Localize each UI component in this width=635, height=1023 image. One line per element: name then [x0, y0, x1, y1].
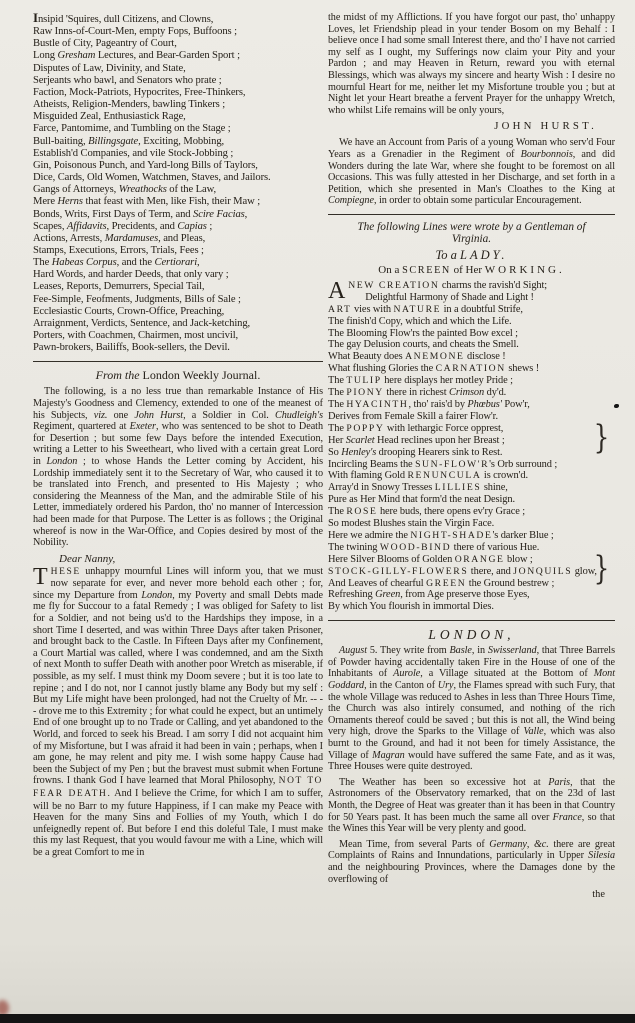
section-divider	[328, 214, 615, 215]
verse-line: Scapes, Affidavits, Precidents, and Capi…	[33, 221, 323, 233]
poem-line: The twining WOOD-BIND there of various H…	[328, 542, 615, 554]
poem-line: The Blooming Flow'rs the painted Bow exc…	[328, 328, 615, 340]
poem-line: Derives from Female Skill a fairer Flow'…	[328, 411, 615, 423]
verse-line: Leases, Reports, Demurrers, Special Tail…	[33, 281, 323, 293]
letter-salutation: Dear Nanny,	[33, 553, 323, 565]
london-news-paragraph: August 5. They write from Basle, in Swis…	[328, 645, 615, 773]
poem-line: STOCK-GILLY-FLOWERS there, and JONQUILS …	[328, 566, 615, 578]
poem-line: What Beauty does ANEMONE disclose !	[328, 351, 615, 363]
london-section-heading: LONDON,	[328, 627, 615, 643]
verse-line: Faction, Mock-Patriots, Hypocrites, Free…	[33, 87, 323, 99]
poem-line: What flushing Glories the CARNATION shew…	[328, 363, 615, 375]
poem-line: The ROSE here buds, there opens ev'ry Gr…	[328, 506, 615, 518]
ink-mark	[614, 404, 619, 408]
verse-line: Fee-Simple, Feofments, Judgments, Bills …	[33, 294, 323, 306]
journal-section-heading: From the London Weekly Journal.	[33, 368, 323, 382]
verse-line: Establish'd Companies, and vile Stock-Jo…	[33, 148, 323, 160]
section-divider	[33, 361, 323, 362]
poem-line: ART vies with NATURE in a doubtful Strif…	[328, 304, 615, 316]
poem-line: By which You flourish in immortal Dies.	[328, 601, 615, 613]
verse-line: Insipid 'Squires, dull Citizens, and Clo…	[33, 12, 323, 26]
poem-block: A NEW CREATION charms the ravish'd Sight…	[328, 280, 615, 613]
verse-line: Hard Words, and harder Deeds, that only …	[33, 269, 323, 281]
journal-intro-paragraph: The following, is a no less true than re…	[33, 386, 323, 548]
verse-line: Long Gresham Lectures, and Bear-Garden S…	[33, 50, 323, 62]
right-column: the midst of my Afflictions. If you have…	[328, 12, 615, 901]
poem-occasion: On a SCREEN of Her WORKING.	[328, 264, 615, 277]
poem-line: The HYACINTH, tho' rais'd by Phœbus' Pow…	[328, 399, 615, 411]
verse-line: Atheists, Religion-Menders, bawling Tink…	[33, 99, 323, 111]
catchword: the	[328, 889, 615, 901]
poem-line: Her Scarlet Head reclines upon her Breas…	[328, 435, 615, 447]
section-divider	[328, 620, 615, 621]
poem-line: Delightful Harmony of Shade and Light !	[328, 292, 615, 304]
poem-line: So Henley's drooping Hearers sink to Res…	[328, 447, 615, 459]
poem-dedication: To a LADY.	[328, 248, 615, 263]
poem-line: So modest Blushes stain the Virgin Face.	[328, 518, 615, 530]
letter-signature: JOHN HURST.	[328, 120, 615, 132]
poem-attribution-line2: Virginia.	[328, 233, 615, 246]
verse-line: Ecclesiastic Courts, Crown-Office, Preac…	[33, 306, 323, 318]
verse-line: Bull-baiting, Billingsgate, Exciting, Mo…	[33, 136, 323, 148]
verse-line: Actions, Arrests, Mardamuses, and Pleas,	[33, 233, 323, 245]
verse-line: Porters, with Coachmen, Chairmen, most u…	[33, 330, 323, 342]
verse-line: Dice, Cards, Old Women, Watchmen, Staves…	[33, 172, 323, 184]
poem-line: The finish'd Copy, which and which the L…	[328, 316, 615, 328]
verse-line: Mere Herns that feast with Men, like Fis…	[33, 196, 323, 208]
poem-line: Here we admire the NIGHT-SHADE's darker …	[328, 530, 615, 542]
verse-line: Bonds, Writs, First Days of Term, and Sc…	[33, 209, 323, 221]
verse-line: Stamps, Executions, Errors, Trials, Fees…	[33, 245, 323, 257]
verse-line: Disputes of Law, Divinity, and State,	[33, 63, 323, 75]
poem-line: The TULIP here displays her motley Pride…	[328, 375, 615, 387]
poem-line: The gay Delusion courts, and cheats the …	[328, 339, 615, 351]
verse-line: Serjeants who bawl, and Senators who pra…	[33, 75, 323, 87]
london-news-paragraph: The Weather has been so excessive hot at…	[328, 777, 615, 835]
verse-line: Bustle of City, Pageantry of Court,	[33, 38, 323, 50]
verse-line: Gin, Poisonous Punch, and Yard-long Bill…	[33, 160, 323, 172]
satirical-verse-list: Insipid 'Squires, dull Citizens, and Clo…	[33, 12, 323, 354]
verse-line: Gangs of Attorneys, Wreathocks of the La…	[33, 184, 323, 196]
london-news-paragraph: Mean Time, from several Parts of Germany…	[328, 839, 615, 885]
poem-line: And Leaves of chearful GREEN the Ground …	[328, 578, 615, 590]
verse-line: Arraignment, Verdicts, Sentence, and Jac…	[33, 318, 323, 330]
poem-line: Refreshing Green, from Age preserve thos…	[328, 589, 615, 601]
poem-line: Array'd in Snowy Tresses LILLIES shine,	[328, 482, 615, 494]
triplet-brace-icon: }	[594, 419, 610, 455]
verse-line: Farce, Pantomime, and Tumbling on the St…	[33, 123, 323, 135]
verse-line: Pawn-brokers, Bailiffs, Book-sellers, th…	[33, 342, 323, 354]
letter-body: THESE unhappy mournful Lines will inform…	[33, 566, 323, 859]
triplet-brace-icon: }	[594, 550, 610, 586]
verse-line: The Habeas Corpus, and the Certiorari,	[33, 257, 323, 269]
newspaper-page-scan: Insipid 'Squires, dull Citizens, and Clo…	[0, 0, 635, 1023]
poem-line: The PIONY there in richest Crimson dy'd.	[328, 387, 615, 399]
paris-account-paragraph: We have an Account from Paris of a young…	[328, 137, 615, 207]
verse-line: Raw Inns-of-Court-Men, empty Fops, Buffo…	[33, 26, 323, 38]
poem-line: With flaming Gold RENUNCULA is crown'd.	[328, 470, 615, 482]
poem-line: A NEW CREATION charms the ravish'd Sight…	[328, 280, 615, 292]
letter-continuation: the midst of my Afflictions. If you have…	[328, 12, 615, 116]
poem-lines: A NEW CREATION charms the ravish'd Sight…	[328, 280, 615, 613]
poem-line: Here Silver Blooms of Golden ORANGE blow…	[328, 554, 615, 566]
scan-edge-bar	[0, 1014, 635, 1023]
poem-line: Incircling Beams the SUN-FLOW'R's Orb su…	[328, 459, 615, 471]
poem-line: The POPPY with lethargic Force opprest,	[328, 423, 615, 435]
verse-line: Misguided Zeal, Enthusiastick Rage,	[33, 111, 323, 123]
poem-attribution-line1: The following Lines were wrote by a Gent…	[328, 221, 615, 234]
left-column: Insipid 'Squires, dull Citizens, and Clo…	[33, 12, 323, 863]
poem-line: Pure as Her Mind that form'd the neat De…	[328, 494, 615, 506]
